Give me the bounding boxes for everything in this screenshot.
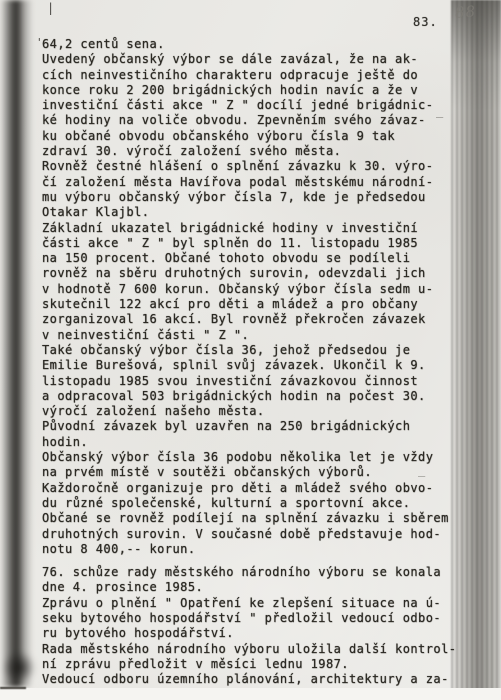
text-line: 76. schůze rady městského národního výbo…: [42, 565, 457, 580]
text-line: cích neinvestičního charakteru odpracuje…: [42, 68, 457, 83]
text-line: rovněž na sběru druhotných surovin, odev…: [42, 266, 457, 281]
text-line: v neinvestiční části " Z ".: [42, 328, 457, 343]
text-line: výročí založení našeho města.: [42, 404, 457, 419]
text-line: Také občanský výbor čísla 36, jehož před…: [42, 343, 457, 358]
text-line: Každoročně organizuje pro děti a mládež …: [42, 481, 457, 496]
text-line: investiční části akce " Z " docílí jedné…: [42, 98, 457, 113]
text-line: Základní ukazatel brigádnické hodiny v i…: [42, 221, 457, 236]
text-line: zorganizoval 16 akcí. Byl rovněž překroč…: [42, 312, 457, 327]
paragraph: 64,2 centů sena.Uvedený občanský výbor s…: [42, 37, 457, 557]
text-line: a odpracoval 503 brigádnických hodin na …: [42, 389, 457, 404]
scanned-document-page: 83. 88 | ' _ _ 64,2 centů sena.Uvedený o…: [0, 0, 501, 700]
scan-bottom-edge-line: [0, 687, 26, 689]
page-number-handwritten: 88: [454, 2, 476, 21]
text-line: druhotných surovin. V současné době před…: [42, 527, 457, 542]
text-line: Otakar Klajbl.: [42, 205, 457, 220]
text-line: Rada městského národního výboru uložila …: [42, 642, 457, 657]
text-line: ru bytového hospodářství.: [42, 626, 457, 641]
text-line: Rovněž čestné hlášení o splnění závazku …: [42, 159, 457, 174]
text-line: Vedoucí odboru územního plánování, archi…: [42, 672, 457, 687]
text-line: 64,2 centů sena.: [42, 37, 457, 52]
text-line: části akce " Z " byl splněn do 11. listo…: [42, 236, 457, 251]
typewritten-text-block: 64,2 centů sena.Uvedený občanský výbor s…: [42, 37, 457, 687]
text-line: čí založení města Havířova podal městské…: [42, 175, 457, 190]
text-line: zdraví 30. výročí založení svého města.: [42, 144, 457, 159]
text-line: notu 8 400,-- korun.: [42, 542, 457, 557]
text-line: Uvedený občanský výbor se dále zavázal, …: [42, 52, 457, 67]
text-line: Občané se rovněž podílejí na splnění záv…: [42, 511, 457, 526]
text-line: ní zprávu předložit v měsíci lednu 1987.: [42, 657, 457, 672]
text-line: skutečnil 122 akcí pro děti a mládež a p…: [42, 297, 457, 312]
scan-edge-shadow-right: [451, 0, 501, 694]
text-line: du různé společenské, kulturní a sportov…: [42, 496, 457, 511]
scan-bottom-strip: [0, 688, 501, 700]
text-line: konce roku 2 200 brigádnických hodin nav…: [42, 83, 457, 98]
text-line: Původní závazek byl uzavřen na 250 brigá…: [42, 419, 457, 434]
text-line: ké hodiny na voliče obvodu. Zpevněním sv…: [42, 113, 457, 128]
text-line: seku bytového hospodářství " předložil v…: [42, 611, 457, 626]
text-line: na 150 procent. Občané tohoto obvodu se …: [42, 251, 457, 266]
stray-mark-tick: |: [47, 1, 54, 15]
text-line: Emilie Burešová, splnil svůj závazek. Uk…: [42, 358, 457, 373]
text-line: ku občané obvodu občanského výboru čísla…: [42, 129, 457, 144]
text-line: Občanský výbor čísla 36 podobu několika …: [42, 450, 457, 465]
text-line: listopadu 1985 svou investiční závazkovo…: [42, 374, 457, 389]
page-number-typed: 83.: [413, 15, 438, 29]
text-line: na prvém místě v soutěži občanských výbo…: [42, 465, 457, 480]
text-line: hodin.: [42, 435, 457, 450]
paragraph: 76. schůze rady městského národního výbo…: [42, 565, 457, 687]
text-line: mu výboru občanský výbor čísla 7, kde je…: [42, 190, 457, 205]
scan-edge-shadow-left: [1, 0, 33, 687]
text-line: dne 4. prosince 1985.: [42, 580, 457, 595]
text-line: v hodnotě 7 600 korun. Občanský výbor čí…: [42, 282, 457, 297]
text-line: Zprávu o plnění " Opatření ke zlepšení s…: [42, 596, 457, 611]
